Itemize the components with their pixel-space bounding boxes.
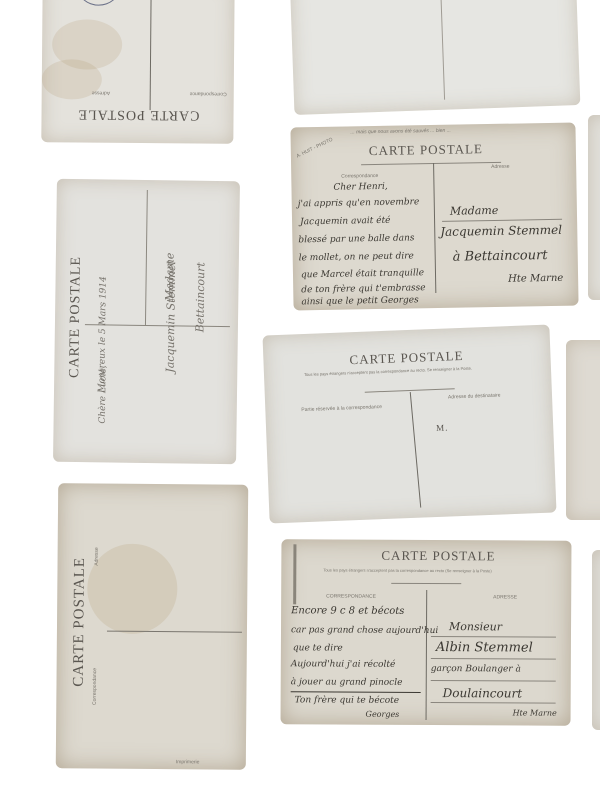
address-line: Jacquemin Stemmel <box>440 223 562 239</box>
message-line: Encore 9 c 8 et bécots <box>291 605 404 617</box>
message-line: blessé par une balle dans <box>298 233 414 245</box>
postcard-madame-jacquemin: ... mais que nous avons été sauvés ... b… <box>290 123 578 311</box>
message-line: de ton frère qui t'embrasse <box>301 283 425 295</box>
postcard-left-vertical-handwritten: CARTE POSTALE Montreux le 5 Mars 1914 Ch… <box>53 179 240 465</box>
card-subtitle: Tous les pays étrangers n'acceptent pas … <box>304 366 472 377</box>
divider-line <box>145 190 148 325</box>
label-adresse: Adresse <box>92 90 110 96</box>
divider-line <box>150 0 152 110</box>
card-title: CARTE POSTALE <box>381 548 495 565</box>
printer-mark: A. HUIT - PHOTO <box>295 137 333 160</box>
message-line: Cher Henri, <box>333 182 387 193</box>
address-line: Bettaincourt <box>193 262 207 332</box>
label-correspondance: Correspondance <box>341 173 378 180</box>
card-title: CARTE POSTALE <box>77 105 199 122</box>
card-subtitle: Tous les pays étrangers n'acceptent pas … <box>323 567 491 573</box>
card-title: CARTE POSTALE <box>71 557 89 687</box>
address-line: Albin Stemmel <box>436 640 533 656</box>
address-rule <box>431 636 556 638</box>
address-rule <box>431 680 556 682</box>
label-correspondance: CORRESPONDANCE <box>326 593 376 599</box>
top-note: ... mais que nous avons été sauvés ... b… <box>350 128 450 136</box>
address-line: Doulaincourt <box>443 686 522 700</box>
divider-line <box>410 392 422 508</box>
address-line: garçon Boulanger à <box>431 664 521 674</box>
label-adresse: ADRESSE <box>493 594 517 600</box>
title-underline <box>361 162 501 165</box>
message-line: que te dire <box>293 643 343 653</box>
label-correspondance: Partie réservée à la correspondance <box>301 404 382 413</box>
label-adresse: Adresse <box>94 547 100 565</box>
stain <box>87 543 178 634</box>
message-line: j'ai appris qu'en novembre <box>298 197 420 209</box>
card-title: CARTE POSTALE <box>349 348 464 368</box>
message-line: Ton frère qui te bécote <box>295 695 399 706</box>
message-line: le mollet, on ne peut dire <box>299 251 414 263</box>
postcard-monsieur-albin: CARTE POSTALE Tous les pays étrangers n'… <box>281 539 572 726</box>
card-title: CARTE POSTALE <box>67 256 85 378</box>
address-rule <box>442 219 562 222</box>
label-correspondance: Correspondance <box>92 668 98 705</box>
message-line: à jouer au grand pinocle <box>291 677 403 688</box>
postmark-stamp-icon <box>77 0 119 6</box>
postcard-left-vertical-blank: CARTE POSTALE Adresse Correspondance Imp… <box>56 483 248 770</box>
footer-text: Imprimerie <box>176 759 200 765</box>
message-line: Jacquemin avait été <box>300 216 391 228</box>
address-line: à Bettaincourt <box>453 248 548 265</box>
divider-line <box>440 0 446 100</box>
label-adresse: Adresse du destinataire <box>448 392 501 400</box>
divider-line <box>433 163 436 293</box>
message-line: Aujourd'hui j'ai récolté <box>291 659 396 670</box>
label-correspondance: Correspondance <box>190 90 227 96</box>
address-line: Monsieur <box>449 620 502 633</box>
address-rule <box>431 702 556 704</box>
address-line: Hte Marne <box>508 273 563 285</box>
postcard-right-edge-1 <box>588 115 600 300</box>
message-line: Chère Lucie, <box>98 365 109 424</box>
postcard-center-blank: CARTE POSTALE Tous les pays étrangers n'… <box>262 325 556 524</box>
label-adresse: Adresse <box>491 164 509 170</box>
message-line: Georges <box>366 710 400 719</box>
address-line: Jacquemin Stemmel <box>164 261 179 373</box>
address-rule <box>431 658 556 660</box>
postcard-top-left: CARTE POSTALE Adresse Correspondance <box>41 0 234 144</box>
message-line: que Marcel était tranquille <box>301 268 424 280</box>
address-line: Hte Marne <box>513 708 557 717</box>
underline-stroke <box>291 691 421 693</box>
message-line: ainsi que le petit Georges <box>301 295 418 307</box>
postcard-right-edge-2 <box>566 340 600 520</box>
card-title: CARTE POSTALE <box>369 141 483 159</box>
pen-mark <box>293 544 296 604</box>
address-prefix: M. <box>436 423 449 433</box>
divider-line <box>426 590 428 720</box>
address-line: Madame <box>450 204 499 218</box>
postcard-top-center <box>290 0 581 115</box>
postcard-right-edge-3 <box>592 550 600 730</box>
message-line: car pas grand chose aujourd'hui <box>291 625 438 636</box>
title-underline <box>391 583 461 584</box>
